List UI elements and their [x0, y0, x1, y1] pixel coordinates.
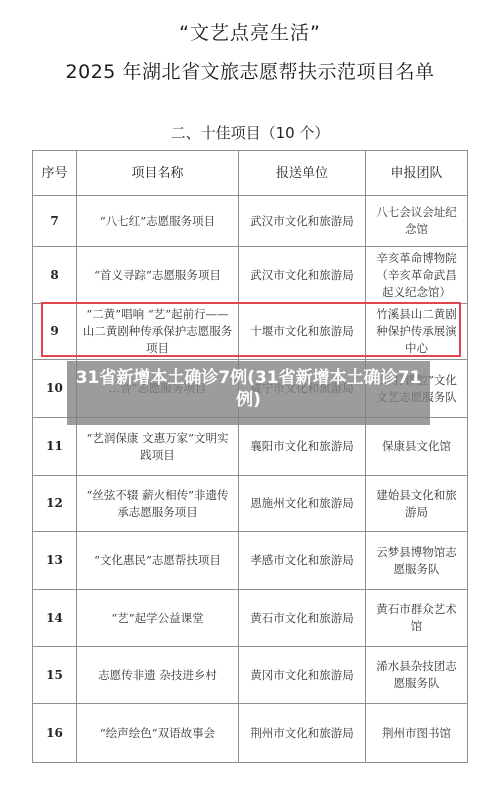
- table-row: 13 “文化惠民”志愿帮扶项目 孝感市文化和旅游局 云梦县博物馆志愿服务队: [33, 532, 468, 590]
- table-row-highlighted: 9 “二黄”唱响 “艺”起前行——山二黄剧种传承保护志愿服务项目 十堰市文化和旅…: [33, 304, 468, 360]
- row-number: 7: [33, 196, 77, 247]
- header-number: 序号: [33, 151, 77, 196]
- applicant-team: 云梦县博物馆志愿服务队: [366, 532, 468, 590]
- document-title-line2: 2025 年湖北省文旅志愿帮扶示范项目名单: [0, 57, 500, 84]
- submitting-unit: 荆州市文化和旅游局: [239, 704, 366, 763]
- submitting-unit: 黄冈市文化和旅游局: [239, 647, 366, 704]
- table-row: 16 “绘声绘色”双语故事会 荆州市文化和旅游局 荆州市图书馆: [33, 704, 468, 763]
- project-name: 志愿传非遗 杂技进乡村: [77, 647, 239, 704]
- row-number: 8: [33, 247, 77, 304]
- submitting-unit: 武汉市文化和旅游局: [239, 196, 366, 247]
- headline-overlay: 31省新增本土确诊7例(31省新增本土确诊71例): [67, 361, 430, 425]
- submitting-unit: 孝感市文化和旅游局: [239, 532, 366, 590]
- applicant-team: 八七会议会址纪念馆: [366, 196, 468, 247]
- submitting-unit: 十堰市文化和旅游局: [239, 304, 366, 360]
- header-project-name: 项目名称: [77, 151, 239, 196]
- applicant-team: 辛亥革命博物院（辛亥革命武昌起义纪念馆）: [366, 247, 468, 304]
- applicant-team: 黄石市群众艺术馆: [366, 590, 468, 647]
- table-row: 7 “八七红”志愿服务项目 武汉市文化和旅游局 八七会议会址纪念馆: [33, 196, 468, 247]
- project-name: “二黄”唱响 “艺”起前行——山二黄剧种传承保护志愿服务项目: [77, 304, 239, 360]
- applicant-team: 建始县文化和旅游局: [366, 476, 468, 532]
- project-name: “文化惠民”志愿帮扶项目: [77, 532, 239, 590]
- project-name: “艺”起学公益课堂: [77, 590, 239, 647]
- header-applicant-team: 申报团队: [366, 151, 468, 196]
- project-table: 序号 项目名称 报送单位 申报团队 7 “八七红”志愿服务项目 武汉市文化和旅游…: [32, 150, 468, 763]
- applicant-team: 保康县文化馆: [366, 418, 468, 476]
- submitting-unit: 武汉市文化和旅游局: [239, 247, 366, 304]
- project-name: “首义寻踪”志愿服务项目: [77, 247, 239, 304]
- overlay-text: 31省新增本土确诊7例(31省新增本土确诊71例): [76, 368, 422, 410]
- document-title-line1: “文艺点亮生活”: [0, 18, 500, 45]
- table-row: 8 “首义寻踪”志愿服务项目 武汉市文化和旅游局 辛亥革命博物院（辛亥革命武昌起…: [33, 247, 468, 304]
- row-number: 14: [33, 590, 77, 647]
- table-row: 11 “艺润保康 文惠万家”文明实践项目 襄阳市文化和旅游局 保康县文化馆: [33, 418, 468, 476]
- applicant-team: 竹溪县山二黄剧种保护传承展演中心: [366, 304, 468, 360]
- submitting-unit: 恩施州文化和旅游局: [239, 476, 366, 532]
- table-header-row: 序号 项目名称 报送单位 申报团队: [33, 151, 468, 196]
- row-number: 13: [33, 532, 77, 590]
- header-submitting-unit: 报送单位: [239, 151, 366, 196]
- section-heading: 二、十佳项目（10 个）: [0, 122, 500, 143]
- row-number: 11: [33, 418, 77, 476]
- applicant-team: 浠水县杂技团志愿服务队: [366, 647, 468, 704]
- project-name: “丝弦不辍 薪火相传”非遗传承志愿服务项目: [77, 476, 239, 532]
- row-number: 9: [33, 304, 77, 360]
- table-row: 15 志愿传非遗 杂技进乡村 黄冈市文化和旅游局 浠水县杂技团志愿服务队: [33, 647, 468, 704]
- table-row: 12 “丝弦不辍 薪火相传”非遗传承志愿服务项目 恩施州文化和旅游局 建始县文化…: [33, 476, 468, 532]
- project-name: “艺润保康 文惠万家”文明实践项目: [77, 418, 239, 476]
- project-name: “绘声绘色”双语故事会: [77, 704, 239, 763]
- table-row: 14 “艺”起学公益课堂 黄石市文化和旅游局 黄石市群众艺术馆: [33, 590, 468, 647]
- row-number: 12: [33, 476, 77, 532]
- submitting-unit: 襄阳市文化和旅游局: [239, 418, 366, 476]
- project-name: “八七红”志愿服务项目: [77, 196, 239, 247]
- applicant-team: 荆州市图书馆: [366, 704, 468, 763]
- row-number: 16: [33, 704, 77, 763]
- row-number: 15: [33, 647, 77, 704]
- submitting-unit: 黄石市文化和旅游局: [239, 590, 366, 647]
